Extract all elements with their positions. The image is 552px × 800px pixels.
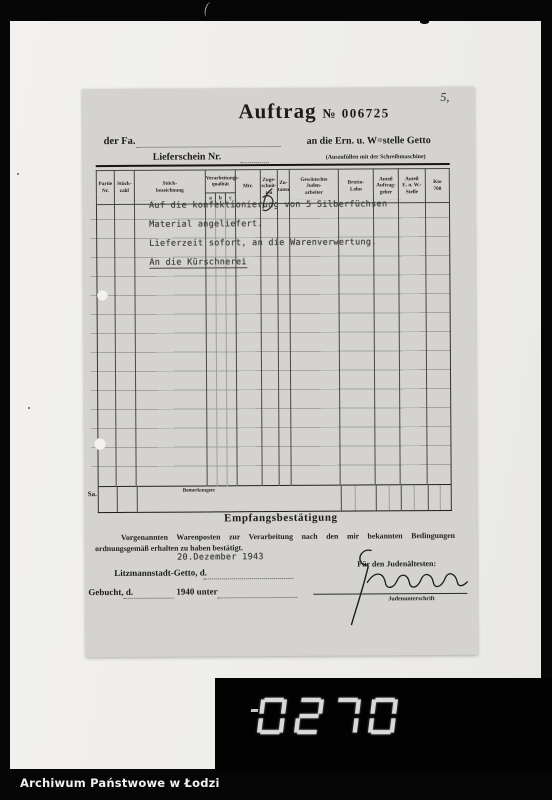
punch-hole — [94, 438, 106, 450]
summary-row-divider — [117, 487, 118, 512]
summary-row: Bemerkungen: — [98, 484, 451, 512]
col-header-stueckzahl: Stück- zahl — [114, 170, 134, 204]
firm-label: der Fa. — [104, 136, 136, 147]
typewriter-note: (Auszufüllen mit der Schreibmaschine) — [326, 154, 426, 161]
col-header-bruttolohn: Brutto- Lohn — [338, 169, 373, 203]
summary-row-divider — [428, 485, 429, 510]
confirmation-heading: Empfangsbestätigung — [85, 511, 477, 525]
col-header-stueckbezeichnung: Stück- bezeichnung — [134, 170, 205, 204]
col-header-mtr: Mtr. — [235, 170, 260, 204]
place-fill-line — [203, 578, 293, 580]
col-header-anteil-ew-stelle: Anteil E. u. W.- Stelle — [398, 169, 425, 203]
typed-line-2: Material angeliefert. — [149, 219, 263, 230]
summary-row-divider — [137, 487, 138, 512]
summary-row-divider — [414, 485, 415, 510]
col-header-partie-nr: Partie Nr. — [96, 171, 114, 205]
delivery-note-label: Lieferschein Nr. — [153, 151, 222, 162]
col-header-verarbeitungsqualitaet: Verarbeitungs- qualität — [205, 170, 235, 193]
summary-row-divider — [389, 485, 390, 510]
form-title: Auftrag — [238, 99, 316, 124]
punch-hole — [97, 290, 108, 301]
scanned-page: 5, Auftrag № 006725 der Fa. an die Ern. … — [10, 21, 541, 769]
booked-label: Gebucht, d. — [88, 587, 133, 597]
col-header-judenarbeiter: Gewünschte Juden- arbeiter — [289, 169, 338, 203]
typed-line-3: Lieferzeit sofort, an die Warenverwertun… — [149, 237, 377, 248]
handwritten-signature — [305, 542, 471, 628]
microfilm-frame: 5, Auftrag № 006725 der Fa. an die Ern. … — [0, 0, 552, 800]
delivery-note-fill-line — [241, 162, 269, 163]
dust-speck — [17, 173, 19, 175]
summary-row-divider — [376, 485, 377, 510]
firm-fill-line — [137, 146, 281, 148]
film-scratch — [203, 1, 214, 17]
col-header-anteil-auftraggeber: Anteil Auftrag- geber — [373, 169, 398, 203]
summary-row-divider — [341, 486, 342, 511]
typed-line-4: An die Kürschnerei — [149, 257, 247, 269]
col-header-kto-700: Kto 700 — [425, 168, 449, 202]
table-top-rule — [96, 163, 450, 167]
handwritten-quantity-mark — [258, 186, 280, 216]
booked-under-fill-line — [217, 597, 297, 598]
dust-speck — [28, 407, 30, 409]
order-number: № 006725 — [322, 105, 389, 121]
booked-year-label: 1940 unter — [176, 586, 217, 596]
summary-row-divider — [440, 485, 441, 510]
frame-counter-display — [215, 678, 552, 772]
archive-watermark: Archiwum Państwowe w Łodzi — [20, 776, 220, 790]
handwritten-page-number: 5, — [440, 90, 449, 105]
typed-date: 20.Dezember 1943 — [177, 552, 264, 563]
counter-artifact-dash — [251, 709, 258, 712]
page-edge-notch — [420, 20, 429, 24]
counter-digits — [257, 697, 410, 735]
summary-row-divider — [355, 486, 356, 511]
place-label: Litzmannstadt-Getto, d. — [114, 567, 207, 578]
booked-fill-line — [123, 598, 173, 599]
summary-row-divider — [401, 485, 402, 510]
auftrag-form: 5, Auftrag № 006725 der Fa. an die Ern. … — [82, 87, 477, 657]
remarks-label: Bemerkungen: — [183, 487, 216, 493]
recipient-label: an die Ern. u. W=stelle Getto — [307, 135, 431, 147]
sum-label: Sa. — [88, 490, 97, 498]
